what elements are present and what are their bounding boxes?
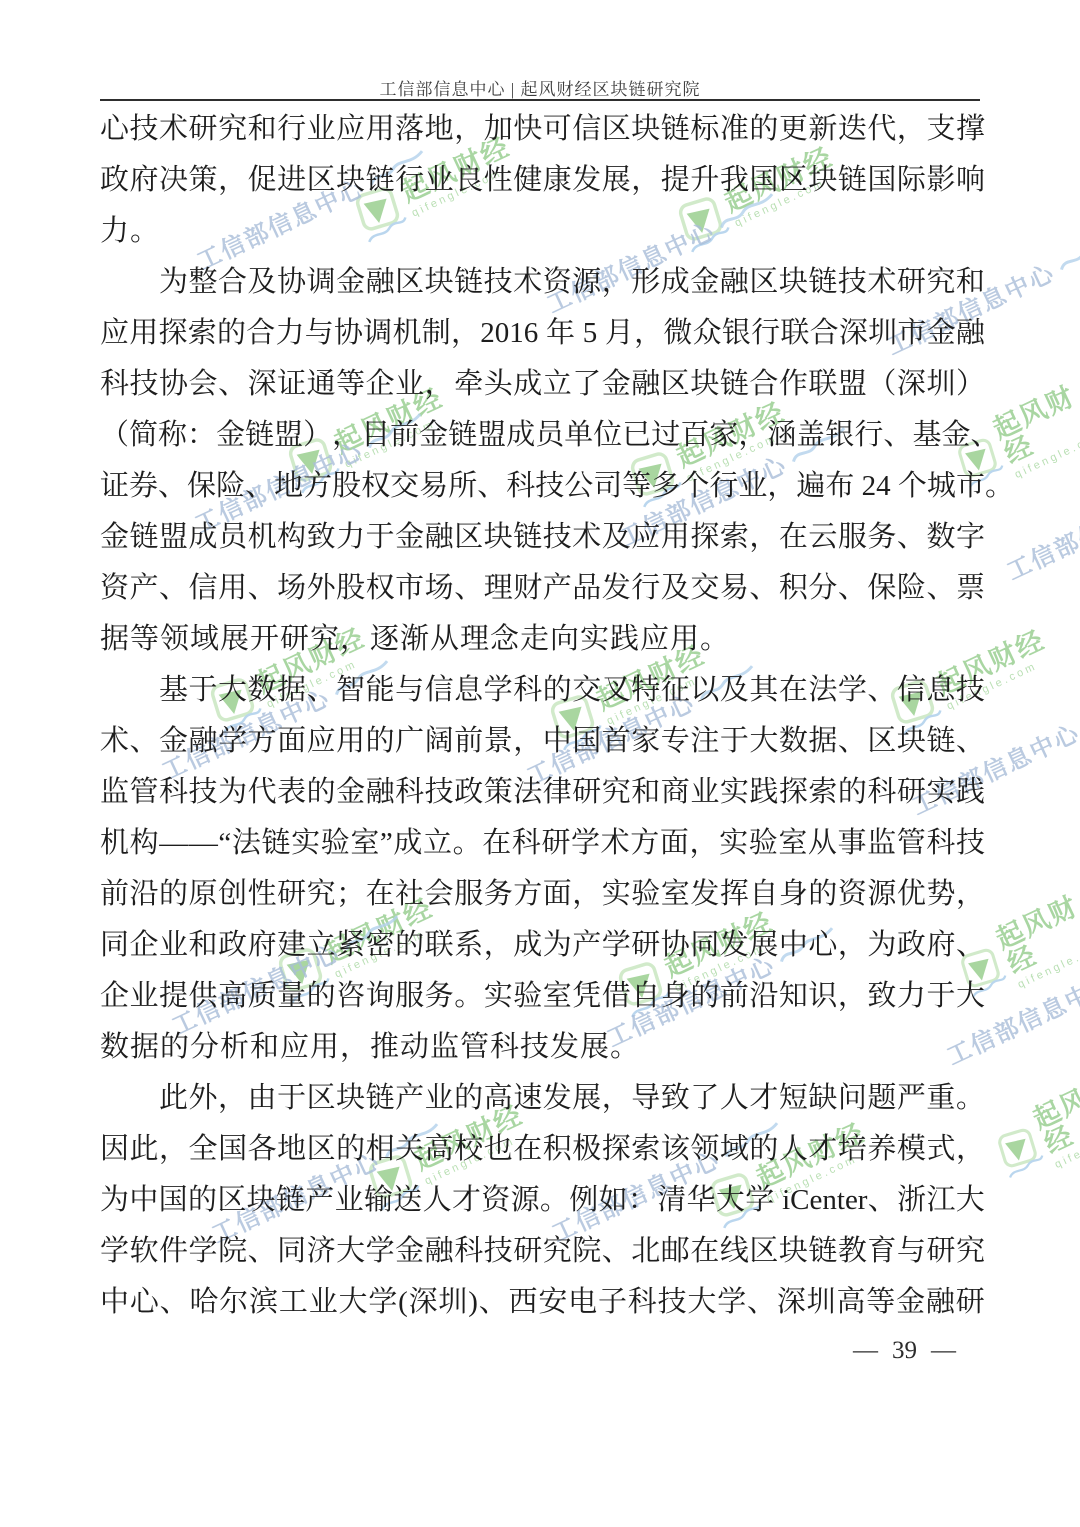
text-line: 为整合及协调金融区块链技术资源，形成金融区块链技术研究和 (100, 257, 985, 308)
text-line: 证券、保险、地方股权交易所、科技公司等多个行业，遍布 24 个城市。 (100, 461, 985, 512)
text-line: 术、金融学方面应用的广阔前景，中国首家专注于大数据、区块链、 (100, 716, 985, 767)
header-rule (100, 99, 980, 101)
text-line: 前沿的原创性研究；在社会服务方面，实验室发挥自身的资源优势， (100, 869, 985, 920)
qifeng-logo-icon (987, 1116, 1050, 1187)
text-line: 基于大数据、智能与信息学科的交叉特征以及其在法学、信息技 (100, 665, 985, 716)
text-line: 此外，由于区块链产业的高速发展，导致了人才短缺问题严重。 (100, 1073, 985, 1124)
text-line: 企业提供高质量的咨询服务。实验室凭借自身的前沿知识，致力于大 (100, 971, 985, 1022)
text-line: 资产、信用、场外股权市场、理财产品发行及交易、积分、保险、票 (100, 563, 985, 614)
text-line: 数据的分析和应用，推动监管科技发展。 (100, 1022, 985, 1073)
qifeng-watermark-text: 起风财经 (992, 886, 1080, 979)
text-line: 心技术研究和行业应用落地，加快可信区块链标准的更新迭代，支撑 (100, 104, 985, 155)
page-number: —39— (853, 1337, 956, 1365)
text-line: 政府决策，促进区块链行业良性健康发展，提升我国区块链国际影响 (100, 155, 985, 206)
text-line: 监管科技为代表的金融科技政策法律研究和商业实践探索的科研实践 (100, 767, 985, 818)
qifeng-watermark-domain: qifengle.com (1013, 427, 1080, 481)
text-line: 同企业和政府建立紧密的联系，成为产学研协同发展中心，为政府、 (100, 920, 985, 971)
text-line: 力。 (100, 206, 985, 257)
qifeng-watermark: 起风财经qifengle.com (985, 1066, 1080, 1192)
text-line: 机构——“法链实验室”成立。在科研学术方面，实验室从事监管科技 (100, 818, 985, 869)
page-header-title: 工信部信息中心 | 起风财经区块链研究院 (0, 75, 1080, 100)
document-page: 起风财经qifengle.com起风财经qifengle.com起风财经qife… (0, 0, 1080, 1527)
text-line: 金链盟成员机构致力于金融区块链技术及应用探索，在云服务、数字 (100, 512, 985, 563)
qifeng-watermark-domain: qifengle.com (1053, 1117, 1080, 1171)
text-line: 为中国的区块链产业输送人才资源。例如：清华大学 iCenter、浙江大 (100, 1175, 985, 1226)
footer-page-number: 39 (878, 1337, 931, 1364)
gongxin-wave-icon (1054, 230, 1080, 275)
text-line: 科技协会、深证通等企业，牵头成立了金融区块链合作联盟（深圳） (100, 359, 985, 410)
footer-dash-right: — (931, 1337, 956, 1364)
footer-dash-left: — (853, 1337, 878, 1364)
text-line: 学软件学院、同济大学金融科技研究院、北邮在线区块链教育与研究 (100, 1226, 985, 1277)
body-text-block: 心技术研究和行业应用落地，加快可信区块链标准的更新迭代，支撑政府决策，促进区块链… (100, 104, 985, 1328)
qifeng-watermark-domain: qifengle.com (1016, 937, 1080, 991)
qifeng-watermark-text: 起风财经 (1029, 1066, 1080, 1159)
text-line: （简称：金链盟），目前金链盟成员单位已过百家，涵盖银行、基金、 (100, 410, 985, 461)
text-line: 应用探索的合力与协调机制，2016 年 5 月，微众银行联合深圳市金融 (100, 308, 985, 359)
qifeng-watermark-text: 起风财经 (989, 376, 1080, 469)
text-line: 因此，全国各地区的相关高校也在积极探索该领域的人才培养模式， (100, 1124, 985, 1175)
text-line: 据等领域展开研究，逐渐从理念走向实践应用。 (100, 614, 985, 665)
text-line: 中心、哈尔滨工业大学(深圳)、西安电子科技大学、深圳高等金融研 (100, 1277, 985, 1328)
